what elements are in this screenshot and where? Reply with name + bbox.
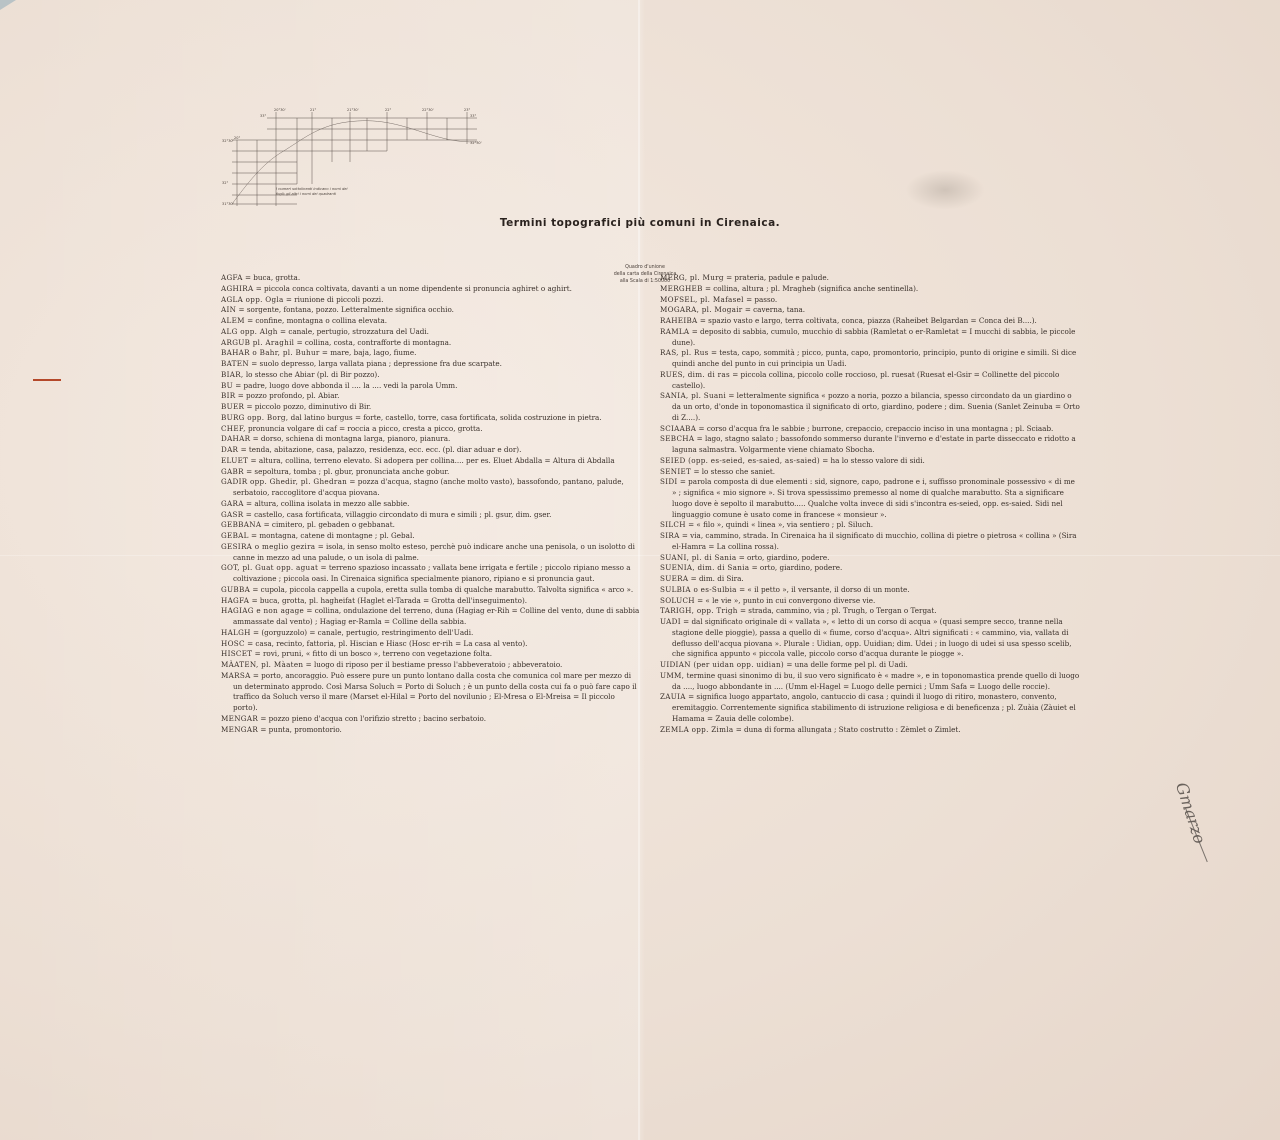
entry-headword: RAMLA xyxy=(660,327,689,336)
entry-headword: SUANI, pl. di Sania xyxy=(660,553,736,562)
entry-definition: = « il petto », il versante, il dorso di… xyxy=(739,585,910,594)
entry-definition: = orto, giardino, podere. xyxy=(752,563,843,572)
glossary-entry: SUANI, pl. di Sania = orto, giardino, po… xyxy=(660,553,1080,564)
entry-definition: = riunione di piccoli pozzi. xyxy=(286,295,384,304)
svg-text:20°: 20° xyxy=(234,136,240,140)
entry-definition: = punta, promontorio. xyxy=(260,725,341,734)
entry-headword: GEBBANA xyxy=(221,520,261,529)
glossary-entry: MOFSEL, pl. Mafasel = passo. xyxy=(660,295,1080,306)
entry-headword: MÀATEN, pl. Màaten xyxy=(221,660,303,669)
glossary-entry: RUES, dim. di ras = piccola collina, pic… xyxy=(660,370,1080,392)
glossary-entry: BUER = piccolo pozzo, diminutivo di Bir. xyxy=(221,402,641,413)
entry-headword: BAHAR o Bahr, pl. Buhur xyxy=(221,348,320,357)
entry-headword: ZAUIA xyxy=(660,692,686,701)
entry-definition: = casa, recinto, fattoria, pl. Hiscian e… xyxy=(247,639,527,648)
entry-definition: = parola composta di due elementi : sid,… xyxy=(672,477,1075,518)
glossary-entry: BIR = pozzo profondo, pl. Abiar. xyxy=(221,391,641,402)
entry-headword: AGLA opp. Ogla xyxy=(221,295,284,304)
entry-definition: = corso d'acqua fra le sabbie ; burrone,… xyxy=(699,424,1054,433)
glossary-column-right: MERG, pl. Murg = prateria, padule e palu… xyxy=(660,273,1080,735)
glossary-entry: BATEN = suolo depresso, larga vallata pi… xyxy=(221,359,641,370)
entry-headword: AGFA xyxy=(221,273,243,282)
entry-headword: ALG opp. Algh xyxy=(221,327,278,336)
entry-definition: = orto, giardino, podere. xyxy=(739,553,830,562)
entry-headword: MARSA xyxy=(221,671,251,680)
glossary-entry: UADI = dal significato originale di « va… xyxy=(660,617,1080,660)
glossary-entry: SULBIA o es-Sulbia = « il petto », il ve… xyxy=(660,585,1080,596)
glossary-entry: ELUET = altura, collina, terreno elevato… xyxy=(221,456,641,467)
entry-headword: GABR xyxy=(221,467,244,476)
glossary-entry: HOSC = casa, recinto, fattoria, pl. Hisc… xyxy=(221,639,641,650)
glossary-entry: MENGAR = pozzo pieno d'acqua con l'orifi… xyxy=(221,714,641,725)
svg-text:33°: 33° xyxy=(470,114,476,118)
entry-definition: = strada, cammino, via ; pl. Trugh, o Te… xyxy=(740,606,937,615)
entry-definition: lo stesso che Abiar (pl. di Bir pozzo). xyxy=(246,370,380,379)
entry-definition: = confine, montagna o collina elevata. xyxy=(247,316,387,325)
svg-text:33°: 33° xyxy=(260,114,266,118)
entry-definition: = spazio vasto e largo, terra coltivata,… xyxy=(700,316,1037,325)
entry-headword: HOSC xyxy=(221,639,245,648)
red-pencil-mark xyxy=(33,379,61,381)
entry-definition: = piccolo pozzo, diminutivo di Bir. xyxy=(247,402,372,411)
glossary-entry: ZAUIA = significa luogo appartato, angol… xyxy=(660,692,1080,724)
entry-definition: = lo stesso che saniet. xyxy=(693,467,775,476)
entry-headword: BIR xyxy=(221,391,235,400)
entry-definition: = pozzo pieno d'acqua con l'orifizio str… xyxy=(260,714,486,723)
svg-text:32°30': 32°30' xyxy=(222,139,234,143)
entry-headword: HAGIAG e non agage xyxy=(221,606,304,615)
entry-headword: MERGHEB xyxy=(660,284,703,293)
entry-definition: = sorgente, fontana, pozzo. Letteralment… xyxy=(239,305,454,314)
caption-line: Quadro d'unione xyxy=(610,264,680,271)
glossary-entry: UMM, termine quasi sinonimo di bu, il su… xyxy=(660,671,1080,693)
glossary-entry: ALEM = confine, montagna o collina eleva… xyxy=(221,316,641,327)
entry-headword: MENGAR xyxy=(221,725,258,734)
svg-text:31°30': 31°30' xyxy=(222,202,234,206)
glossary-entry: SEIED (opp. es-seied, es-saied, as-saied… xyxy=(660,456,1080,467)
entry-definition: = padre, luogo dove abbonda il .... la .… xyxy=(235,381,457,390)
entry-definition: = cupola, piccola cappella a cupola, ere… xyxy=(252,585,633,594)
entry-headword: SOLUCH xyxy=(660,596,695,605)
entry-headword: ARGUB pl. Araghil xyxy=(221,338,294,347)
entry-definition: = sepoltura, tomba ; pl. gbur, pronuncia… xyxy=(246,467,449,476)
entry-headword: SIRA xyxy=(660,531,680,540)
glossary-entry: MÀATEN, pl. Màaten = luogo di riposo per… xyxy=(221,660,641,671)
entry-headword: SIDI xyxy=(660,477,678,486)
glossary-entry: DAR = tenda, abitazione, casa, palazzo, … xyxy=(221,445,641,456)
entry-headword: UMM, xyxy=(660,671,684,680)
entry-definition: = una delle forme pel pl. di Uadi. xyxy=(786,660,908,669)
entry-headword: SANIA, pl. Suani xyxy=(660,391,726,400)
svg-text:22°: 22° xyxy=(385,108,391,112)
entry-headword: RAS, pl. Rus xyxy=(660,348,709,357)
entry-headword: SENIET xyxy=(660,467,691,476)
entry-headword: ELUET xyxy=(221,456,248,465)
paper-sheet: 20°30' 21° 21°30' 22° 22°30' 23° 20° 33°… xyxy=(0,0,1280,1140)
entry-headword: SCIAABA xyxy=(660,424,696,433)
glossary-entry: TARIGH, opp. Trigh = strada, cammino, vi… xyxy=(660,606,1080,617)
glossary-entry: SUENIA, dim. di Sania = orto, giardino, … xyxy=(660,563,1080,574)
entry-definition: dal latino burgus = forte, castello, tor… xyxy=(291,413,602,422)
glossary-entry: ARGUB pl. Araghil = collina, costa, cont… xyxy=(221,338,641,349)
glossary-entry: SIDI = parola composta di due elementi :… xyxy=(660,477,1080,520)
glossary-entry: HALGH = (gorguzzolo) = canale, pertugio,… xyxy=(221,628,641,639)
glossary-entry: BU = padre, luogo dove abbonda il .... l… xyxy=(221,381,641,392)
entry-definition: = luogo di riposo per il bestiame presso… xyxy=(306,660,563,669)
entry-headword: HISCET xyxy=(221,649,252,658)
entry-definition: = letteralmente significa « pozzo a nori… xyxy=(672,391,1080,422)
entry-headword: CHEF, xyxy=(221,424,246,433)
glossary-entry: SOLUCH = « le vie », punto in cui conver… xyxy=(660,596,1080,607)
entry-definition: = piccola conca coltivata, davanti a un … xyxy=(256,284,572,293)
glossary-column-left: AGFA = buca, grotta.AGHIRA = piccola con… xyxy=(221,273,641,735)
glossary-entry: SILCH = « filo », quindi « linea », via … xyxy=(660,520,1080,531)
svg-text:20°30': 20°30' xyxy=(274,108,286,112)
entry-definition: = pozzo profondo, pl. Abiar. xyxy=(238,391,340,400)
entry-headword: SUENIA, dim. di Sania xyxy=(660,563,749,572)
entry-definition: = via, cammino, strada. In Cirenaica ha … xyxy=(672,531,1077,551)
entry-headword: GUBBA xyxy=(221,585,250,594)
entry-definition: = dim. di Sira. xyxy=(691,574,744,583)
index-grid-graphic: 20°30' 21° 21°30' 22° 22°30' 23° 20° 33°… xyxy=(222,104,492,210)
glossary-entry: CHEF, pronuncia volgare di caf = roccia … xyxy=(221,424,641,435)
entry-headword: MOFSEL, pl. Mafasel xyxy=(660,295,744,304)
entry-headword: BU xyxy=(221,381,233,390)
entry-definition: = dorso, schiena di montagna larga, pian… xyxy=(253,434,451,443)
entry-headword: UADI xyxy=(660,617,681,626)
entry-headword: HAGFA xyxy=(221,596,249,605)
entry-definition: = altura, collina, terreno elevato. Si a… xyxy=(251,456,615,465)
diagram-note: I numeri sottolineati indicano i nomi de… xyxy=(276,187,356,197)
entry-definition: = (gorguzzolo) = canale, pertugio, restr… xyxy=(253,628,473,637)
glossary-entry: SEBCHA = lago, stagno salato ; bassofond… xyxy=(660,434,1080,456)
glossary-entry: GUBBA = cupola, piccola cappella a cupol… xyxy=(221,585,641,596)
glossary-entry: DAHAR = dorso, schiena di montagna larga… xyxy=(221,434,641,445)
index-map-diagram: 20°30' 21° 21°30' 22° 22°30' 23° 20° 33°… xyxy=(222,104,492,210)
glossary-entry: GEBAL = montagna, catene di montagne ; p… xyxy=(221,531,641,542)
glossary-entry: ZEMLA opp. Zimla = duna di forma allunga… xyxy=(660,725,1080,736)
entry-headword: BURG opp. Borg, xyxy=(221,413,288,422)
entry-headword: RUES, dim. di ras xyxy=(660,370,730,379)
glossary-entry: BIAR, lo stesso che Abiar (pl. di Bir po… xyxy=(221,370,641,381)
glossary-entry: GEBBANA = cimitero, pl. gebaden o gebban… xyxy=(221,520,641,531)
glossary-entry: MENGAR = punta, promontorio. xyxy=(221,725,641,736)
entry-headword: GADIR opp. Ghedir, pl. Ghedran xyxy=(221,477,347,486)
entry-headword: MOGARA, pl. Mogair xyxy=(660,305,743,314)
svg-text:23°: 23° xyxy=(464,108,470,112)
glossary-entry: AGHIRA = piccola conca coltivata, davant… xyxy=(221,284,641,295)
glossary-entry: AGFA = buca, grotta. xyxy=(221,273,641,284)
svg-text:21°: 21° xyxy=(310,108,316,112)
glossary-entry: ALG opp. Algh = canale, pertugio, strozz… xyxy=(221,327,641,338)
glossary-entry: AGLA opp. Ogla = riunione di piccoli poz… xyxy=(221,295,641,306)
entry-definition: = significa luogo appartato, angolo, can… xyxy=(672,692,1076,723)
page-title: Termini topografici più comuni in Cirena… xyxy=(490,217,790,229)
entry-definition: = deposito di sabbia, cumulo, mucchio di… xyxy=(672,327,1075,347)
glossary-entry: RAS, pl. Rus = testa, capo, sommità ; pi… xyxy=(660,348,1080,370)
entry-definition: = rovi, pruni, « fitto di un bosco », te… xyxy=(255,649,492,658)
entry-definition: = piccola collina, piccolo colle roccios… xyxy=(672,370,1059,390)
entry-definition: = testa, capo, sommità ; picco, punta, c… xyxy=(672,348,1076,368)
glossary-entry: GOT, pl. Guat opp. aguat = terreno spazi… xyxy=(221,563,641,585)
svg-text:32°: 32° xyxy=(222,181,228,185)
entry-headword: UIDIAN (per uidan opp. uidian) xyxy=(660,660,784,669)
svg-text:22°30': 22°30' xyxy=(422,108,434,112)
entry-headword: GESIRA o meglio gezira xyxy=(221,542,315,551)
entry-definition: = montagna, catene di montagne ; pl. Geb… xyxy=(251,531,415,540)
entry-headword: GARA xyxy=(221,499,244,508)
entry-definition: = tenda, abitazione, casa, palazzo, resi… xyxy=(241,445,522,454)
entry-definition: = prateria, padule e palude. xyxy=(726,273,829,282)
glossary-entry: RAHEIBA = spazio vasto e largo, terra co… xyxy=(660,316,1080,327)
entry-headword: DAR xyxy=(221,445,238,454)
entry-headword: BATEN xyxy=(221,359,249,368)
glossary-entry: MERGHEB = collina, altura ; pl. Mragheb … xyxy=(660,284,1080,295)
glossary-entry: RAMLA = deposito di sabbia, cumulo, mucc… xyxy=(660,327,1080,349)
glossary-entry: SIRA = via, cammino, strada. In Cirenaic… xyxy=(660,531,1080,553)
svg-text:21°30': 21°30' xyxy=(347,108,359,112)
entry-headword: SEIED (opp. es-seied, es-saied, as-saied… xyxy=(660,456,820,465)
entry-headword: SULBIA o es-Sulbia xyxy=(660,585,737,594)
entry-definition: = « filo », quindi « linea », via sentie… xyxy=(688,520,873,529)
entry-headword: RAHEIBA xyxy=(660,316,698,325)
entry-headword: BIAR, xyxy=(221,370,244,379)
glossary-entry: GABR = sepoltura, tomba ; pl. gbur, pron… xyxy=(221,467,641,478)
entry-headword: GOT, pl. Guat opp. aguat xyxy=(221,563,318,572)
entry-definition: pronuncia volgare di caf = roccia a picc… xyxy=(248,424,483,433)
glossary-entry: HISCET = rovi, pruni, « fitto di un bosc… xyxy=(221,649,641,660)
glossary-entry: SANIA, pl. Suani = letteralmente signifi… xyxy=(660,391,1080,423)
entry-definition: = castello, casa fortificata, villaggio … xyxy=(246,510,552,519)
glossary-entry: GESIRA o meglio gezira = isola, in senso… xyxy=(221,542,641,564)
entry-headword: ALEM xyxy=(221,316,245,325)
entry-definition: termine quasi sinonimo di bu, il suo ver… xyxy=(672,671,1079,691)
svg-text:32°30': 32°30' xyxy=(470,141,482,145)
entry-definition: = duna di forma allungata ; Stato costru… xyxy=(736,725,961,734)
glossary-entry: HAGIAG e non agage = collina, ondulazion… xyxy=(221,606,641,628)
glossary-entry: SENIET = lo stesso che saniet. xyxy=(660,467,1080,478)
entry-headword: GEBAL xyxy=(221,531,249,540)
entry-definition: = collina, costa, contrafforte di montag… xyxy=(297,338,452,347)
ink-stain xyxy=(905,170,985,210)
entry-headword: DAHAR xyxy=(221,434,250,443)
entry-definition: = suolo depresso, larga vallata piana ; … xyxy=(251,359,502,368)
glossary-entry: BURG opp. Borg, dal latino burgus = fort… xyxy=(221,413,641,424)
entry-definition: = mare, baja, lago, fiume. xyxy=(322,348,417,357)
handwritten-note: Gmarzo xyxy=(1172,780,1210,846)
entry-definition: = canale, pertugio, strozzatura del Uadi… xyxy=(280,327,429,336)
entry-definition: = cimitero, pl. gebaden o gebbanat. xyxy=(264,520,395,529)
entry-headword: AIN xyxy=(221,305,236,314)
entry-headword: ZEMLA opp. Zimla xyxy=(660,725,733,734)
glossary-entry: MERG, pl. Murg = prateria, padule e palu… xyxy=(660,273,1080,284)
entry-definition: = altura, collina isolata in mezzo alle … xyxy=(246,499,409,508)
entry-headword: SUERA xyxy=(660,574,688,583)
entry-definition: = caverna, tana. xyxy=(745,305,805,314)
entry-headword: BUER xyxy=(221,402,244,411)
entry-headword: HALGH xyxy=(221,628,251,637)
glossary-entry: GARA = altura, collina isolata in mezzo … xyxy=(221,499,641,510)
entry-definition: = ha lo stesso valore di sidi. xyxy=(822,456,925,465)
entry-headword: GASR xyxy=(221,510,243,519)
entry-definition: = passo. xyxy=(746,295,777,304)
entry-definition: = lago, stagno salato ; bassofondo somme… xyxy=(672,434,1076,454)
entry-definition: = porto, ancoraggio. Può essere pure un … xyxy=(233,671,637,712)
entry-headword: TARIGH, opp. Trigh xyxy=(660,606,738,615)
entry-headword: MERG, pl. Murg xyxy=(660,273,724,282)
glossary-entry: HAGFA = buca, grotta, pl. hagheifat (Hag… xyxy=(221,596,641,607)
entry-definition: = collina, altura ; pl. Mragheb (signifi… xyxy=(705,284,918,293)
entry-definition: = buca, grotta. xyxy=(245,273,300,282)
entry-definition: = buca, grotta, pl. hagheifat (Haglet el… xyxy=(252,596,528,605)
entry-headword: SEBCHA xyxy=(660,434,694,443)
glossary-entry: GASR = castello, casa fortificata, villa… xyxy=(221,510,641,521)
glossary-entry: SCIAABA = corso d'acqua fra le sabbie ; … xyxy=(660,424,1080,435)
entry-definition: = dal significato originale di « vallata… xyxy=(672,617,1071,658)
glossary-entry: BAHAR o Bahr, pl. Buhur = mare, baja, la… xyxy=(221,348,641,359)
torn-corner xyxy=(0,0,16,10)
glossary-entry: AIN = sorgente, fontana, pozzo. Letteral… xyxy=(221,305,641,316)
glossary-entry: MOGARA, pl. Mogair = caverna, tana. xyxy=(660,305,1080,316)
entry-headword: MENGAR xyxy=(221,714,258,723)
entry-definition: = « le vie », punto in cui convergono di… xyxy=(697,596,875,605)
glossary-entry: MARSA = porto, ancoraggio. Può essere pu… xyxy=(221,671,641,714)
entry-headword: SILCH xyxy=(660,520,686,529)
glossary-entry: GADIR opp. Ghedir, pl. Ghedran = pozza d… xyxy=(221,477,641,499)
glossary-entry: SUERA = dim. di Sira. xyxy=(660,574,1080,585)
entry-headword: AGHIRA xyxy=(221,284,253,293)
glossary-entry: UIDIAN (per uidan opp. uidian) = una del… xyxy=(660,660,1080,671)
